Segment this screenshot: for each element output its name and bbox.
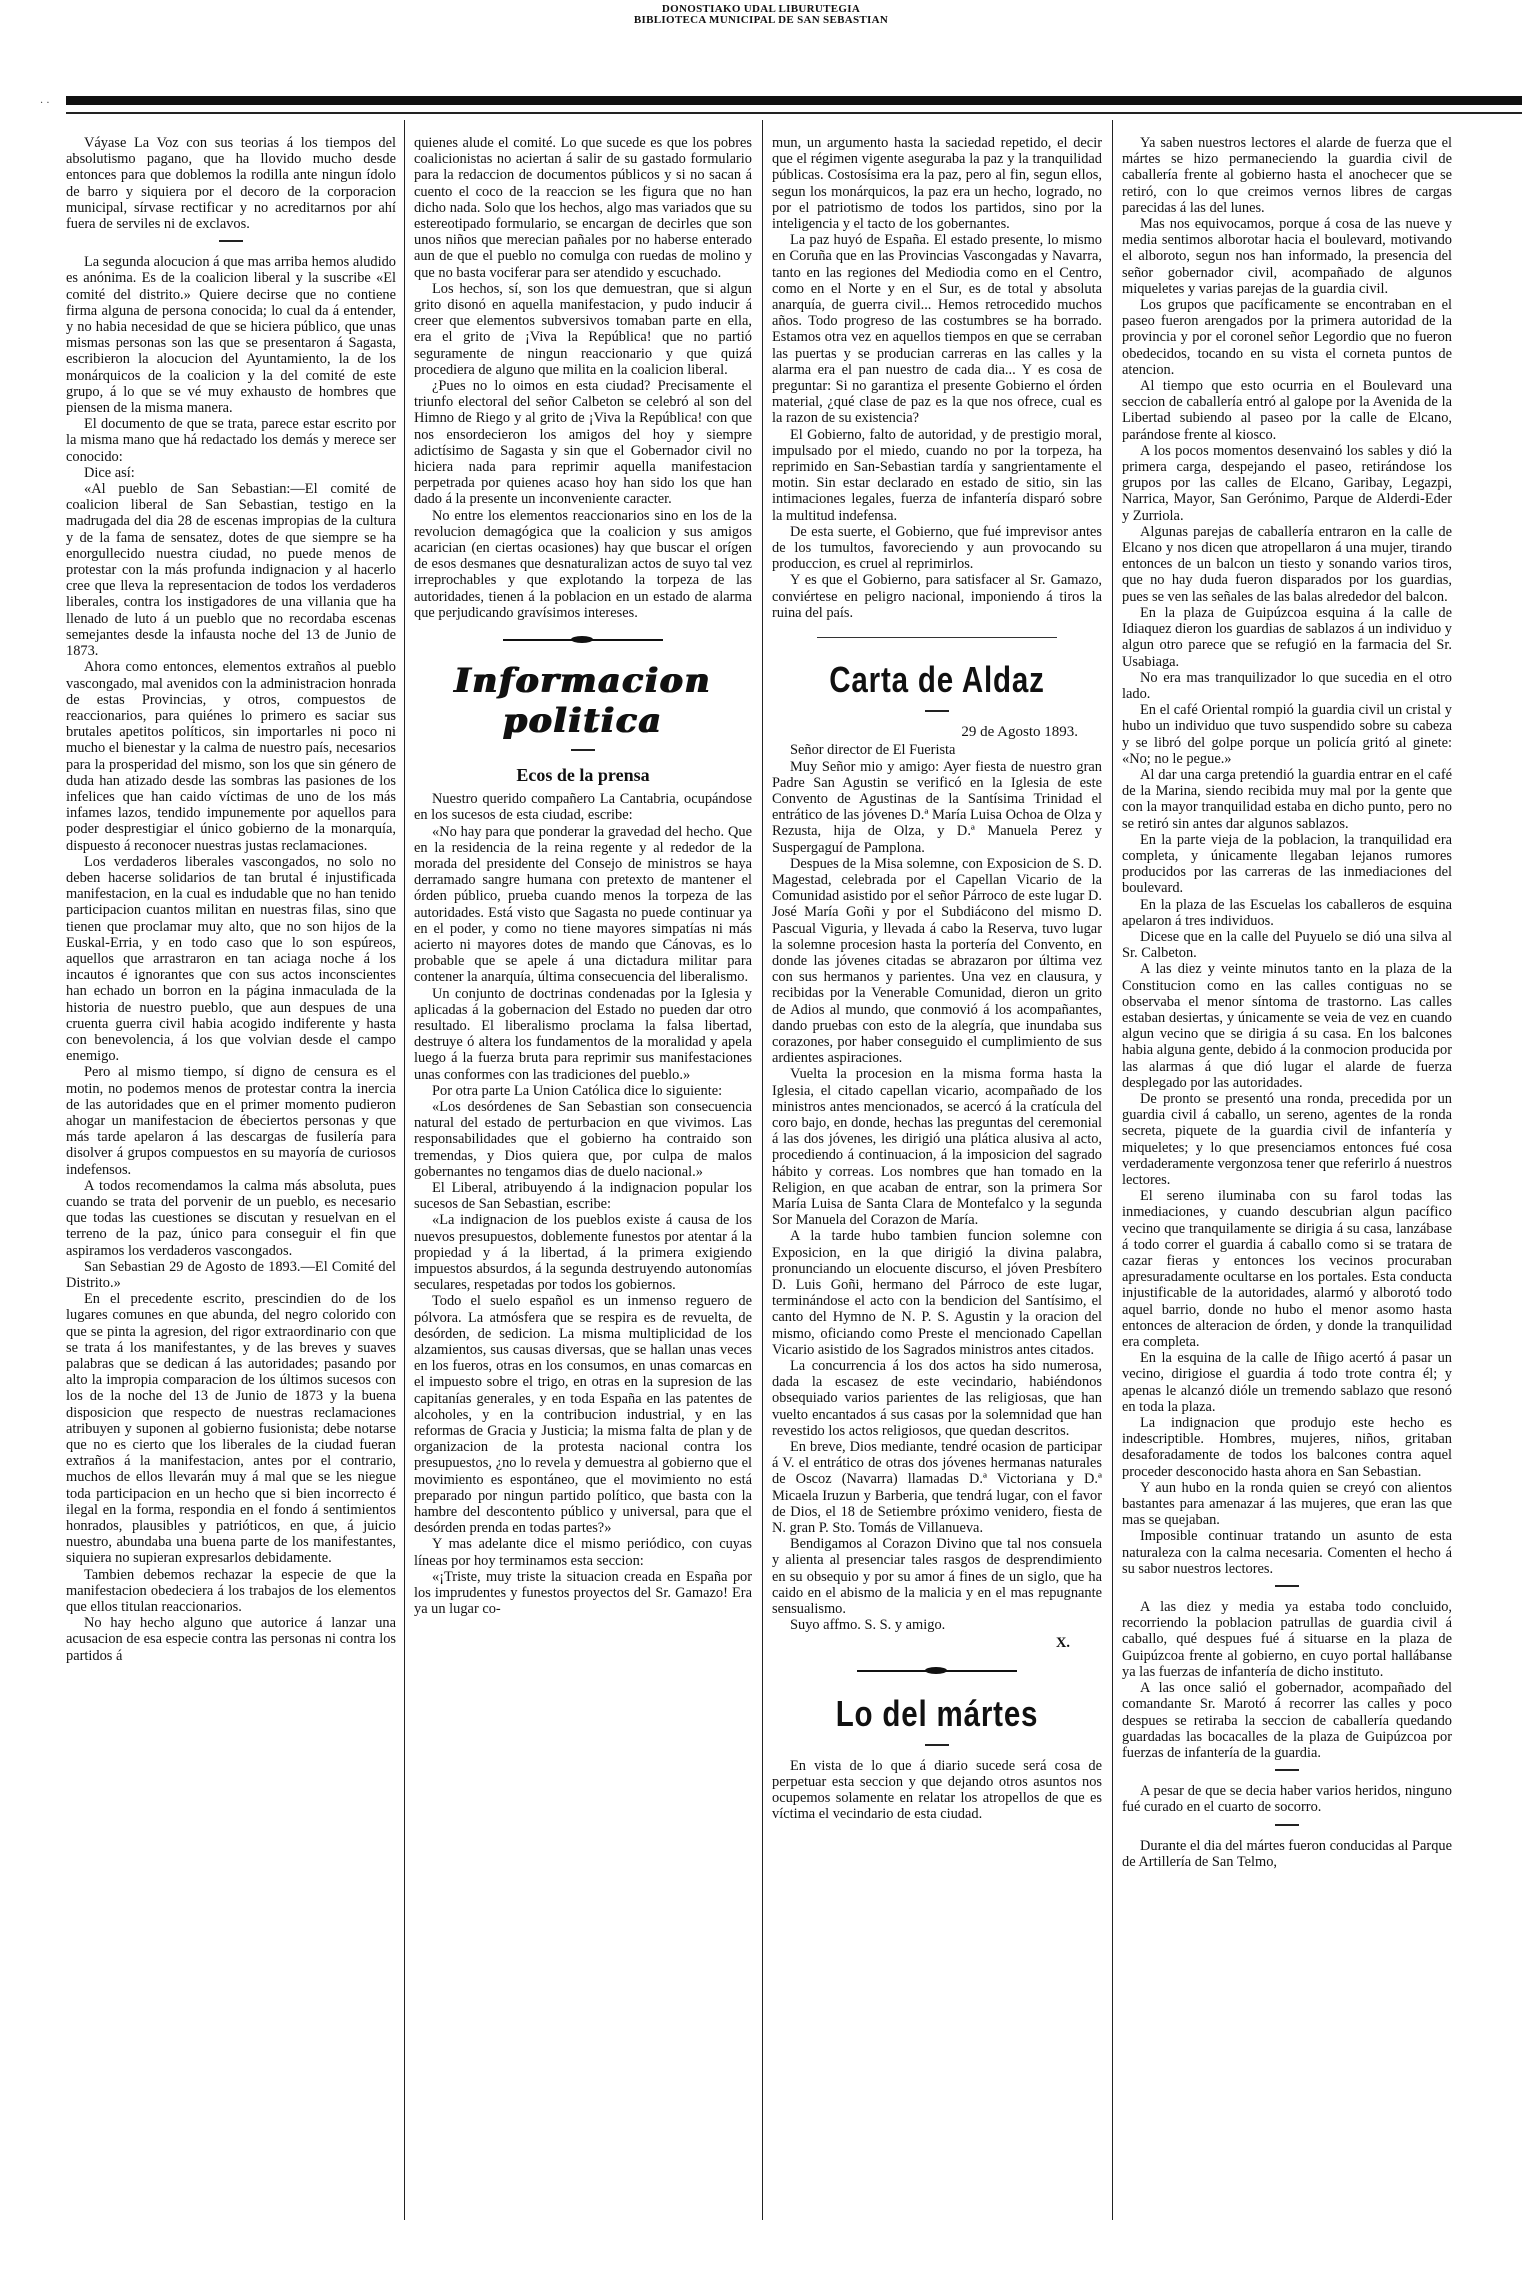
paragraph: Dice así: xyxy=(66,465,396,481)
section-heading: Informacion politica xyxy=(414,661,752,741)
paragraph: Suyo affmo. S. S. y amigo. xyxy=(772,1617,1102,1633)
column-1: Váyase La Voz con sus teorias á los tiem… xyxy=(66,135,396,2225)
library-header-spanish: BIBLIOTECA MUNICIPAL DE SAN SEBASTIAN xyxy=(0,15,1522,26)
paragraph: Los verdaderos liberales vascongados, no… xyxy=(66,854,396,1065)
paragraph: Bendigamos al Corazon Divino que tal nos… xyxy=(772,1536,1102,1617)
paragraph: Despues de la Misa solemne, con Exposici… xyxy=(772,856,1102,1067)
paragraph: No era mas tranquilizador lo que sucedia… xyxy=(1122,670,1452,702)
paragraph: De pronto se presentó una ronda, precedi… xyxy=(1122,1091,1452,1188)
paragraph: Y es que el Gobierno, para satisfacer al… xyxy=(772,572,1102,621)
paragraph: «Al pueblo de San Sebastian:—El comité d… xyxy=(66,481,396,659)
paragraph: «No hay para que ponderar la gravedad de… xyxy=(414,824,752,986)
paragraph: Al tiempo que esto ocurria en el Bouleva… xyxy=(1122,378,1452,443)
paragraph: Y aun hubo en la ronda quien se creyó co… xyxy=(1122,1480,1452,1529)
top-rule-thin xyxy=(66,112,1522,114)
paragraph: Los grupos que pacíficamente se encontra… xyxy=(1122,297,1452,378)
paragraph: El sereno iluminaba con su farol todas l… xyxy=(1122,1188,1452,1350)
top-rule xyxy=(66,96,1522,105)
paragraph: Por otra parte La Union Católica dice lo… xyxy=(414,1083,752,1099)
subheading: Ecos de la prensa xyxy=(414,763,752,787)
paragraph: A todos recomendamos la calma más absolu… xyxy=(66,1178,396,1259)
paragraph: En vista de lo que á diario sucede será … xyxy=(772,1758,1102,1823)
paragraph: El Liberal, atribuyendo á la indignacion… xyxy=(414,1180,752,1212)
paragraph: De esta suerte, el Gobierno, que fué imp… xyxy=(772,524,1102,573)
paragraph: ¿Pues no lo oimos en esta ciudad? Precis… xyxy=(414,378,752,508)
paragraph: Todo el suelo español es un inmenso regu… xyxy=(414,1293,752,1536)
paragraph: La paz huyó de España. El estado present… xyxy=(772,232,1102,426)
margin-marks: · · xyxy=(40,98,50,109)
paragraph: Ahora como entonces, elementos extraños … xyxy=(66,659,396,853)
section-dash xyxy=(571,749,595,751)
paragraph: En la esquina de la calle de Iñigo acert… xyxy=(1122,1350,1452,1415)
paragraph: Imposible continuar tratando un asunto d… xyxy=(1122,1528,1452,1577)
paragraph: La segunda alocucion á que mas arriba he… xyxy=(66,254,396,416)
paragraph: A pesar de que se decia haber varios her… xyxy=(1122,1783,1452,1815)
paragraph: Muy Señor mio y amigo: Ayer fiesta de nu… xyxy=(772,759,1102,856)
paragraph: A las once salió el gobernador, acompaña… xyxy=(1122,1680,1452,1761)
paragraph: «¡Triste, muy triste la situacion creada… xyxy=(414,1569,752,1618)
paragraph: A la tarde hubo tambien funcion solemne … xyxy=(772,1228,1102,1358)
ornament-rule xyxy=(503,639,663,641)
paragraph: «Los desórdenes de San Sebastian son con… xyxy=(414,1099,752,1180)
paragraph: En la plaza de las Escuelas los caballer… xyxy=(1122,897,1452,929)
paragraph: La indignacion que produjo este hecho es… xyxy=(1122,1415,1452,1480)
paragraph: Tambien debemos rechazar la especie de q… xyxy=(66,1567,396,1616)
paragraph: mun, un argumento hasta la saciedad repe… xyxy=(772,135,1102,232)
section-dash xyxy=(925,710,949,712)
column-rule xyxy=(1112,120,1113,2220)
paragraph: Y mas adelante dice el mismo periódico, … xyxy=(414,1536,752,1568)
paragraph: No entre los elementos reaccionarios sin… xyxy=(414,508,752,621)
paragraph: A las diez y veinte minutos tanto en la … xyxy=(1122,961,1452,1091)
section-dash xyxy=(219,240,243,242)
section-dash xyxy=(1275,1824,1299,1826)
paragraph: San Sebastian 29 de Agosto de 1893.—El C… xyxy=(66,1259,396,1291)
paragraph: Ya saben nuestros lectores el alarde de … xyxy=(1122,135,1452,216)
paragraph: «La indignacion de los pueblos existe á … xyxy=(414,1212,752,1293)
paragraph: Algunas parejas de caballería entraron e… xyxy=(1122,524,1452,605)
dateline: 29 de Agosto 1893. xyxy=(772,724,1102,740)
paragraph: La concurrencia á los dos actos ha sido … xyxy=(772,1358,1102,1439)
paragraph: Vuelta la procesion en la misma forma ha… xyxy=(772,1066,1102,1228)
paragraph: A los pocos momentos desenvainó los sabl… xyxy=(1122,443,1452,524)
paragraph: Mas nos equivocamos, porque á cosa de la… xyxy=(1122,216,1452,297)
article-heading: Carta de Aldaz xyxy=(802,658,1073,702)
section-dash xyxy=(1275,1769,1299,1771)
column-rule xyxy=(762,120,763,2220)
column-3: mun, un argumento hasta la saciedad repe… xyxy=(772,135,1102,2225)
paragraph: Váyase La Voz con sus teorias á los tiem… xyxy=(66,135,396,232)
paragraph: Durante el dia del mártes fueron conduci… xyxy=(1122,1838,1452,1870)
paragraph: El documento de que se trata, parece est… xyxy=(66,416,396,465)
paragraph: Los hechos, sí, son los que demuestran, … xyxy=(414,281,752,378)
paragraph: Nuestro querido compañero La Cantabria, … xyxy=(414,791,752,823)
column-4: Ya saben nuestros lectores el alarde de … xyxy=(1122,135,1452,2225)
library-header: DONOSTIAKO UDAL LIBURUTEGIA BIBLIOTECA M… xyxy=(0,4,1522,26)
letter-addressee: Señor director de El Fuerista xyxy=(772,742,1102,758)
signature: X. xyxy=(772,1635,1102,1651)
section-rule xyxy=(817,637,1057,638)
paragraph: En breve, Dios mediante, tendré ocasion … xyxy=(772,1439,1102,1536)
paragraph: Dicese que en la calle del Puyuelo se di… xyxy=(1122,929,1452,961)
ornament-rule xyxy=(857,1670,1017,1672)
paragraph: Pero al mismo tiempo, sí digno de censur… xyxy=(66,1064,396,1177)
paragraph: quienes alude el comité. Lo que sucede e… xyxy=(414,135,752,281)
column-rule xyxy=(404,120,405,2220)
section-dash xyxy=(925,1744,949,1746)
paragraph: En el café Oriental rompió la guardia ci… xyxy=(1122,702,1452,767)
paragraph: No hay hecho alguno que autorice á lanza… xyxy=(66,1615,396,1664)
paragraph: En la plaza de Guipúzcoa esquina á la ca… xyxy=(1122,605,1452,670)
paragraph: Un conjunto de doctrinas condenadas por … xyxy=(414,986,752,1083)
article-heading: Lo del mártes xyxy=(802,1692,1073,1736)
paragraph: En el precedente escrito, prescindien do… xyxy=(66,1291,396,1566)
paragraph: El Gobierno, falto de autoridad, y de pr… xyxy=(772,427,1102,524)
paragraph: En la parte vieja de la poblacion, la tr… xyxy=(1122,832,1452,897)
paragraph: A las diez y media ya estaba todo conclu… xyxy=(1122,1599,1452,1680)
section-dash xyxy=(1275,1585,1299,1587)
paragraph: Al dar una carga pretendió la guardia en… xyxy=(1122,767,1452,832)
column-2: quienes alude el comité. Lo que sucede e… xyxy=(414,135,752,2225)
